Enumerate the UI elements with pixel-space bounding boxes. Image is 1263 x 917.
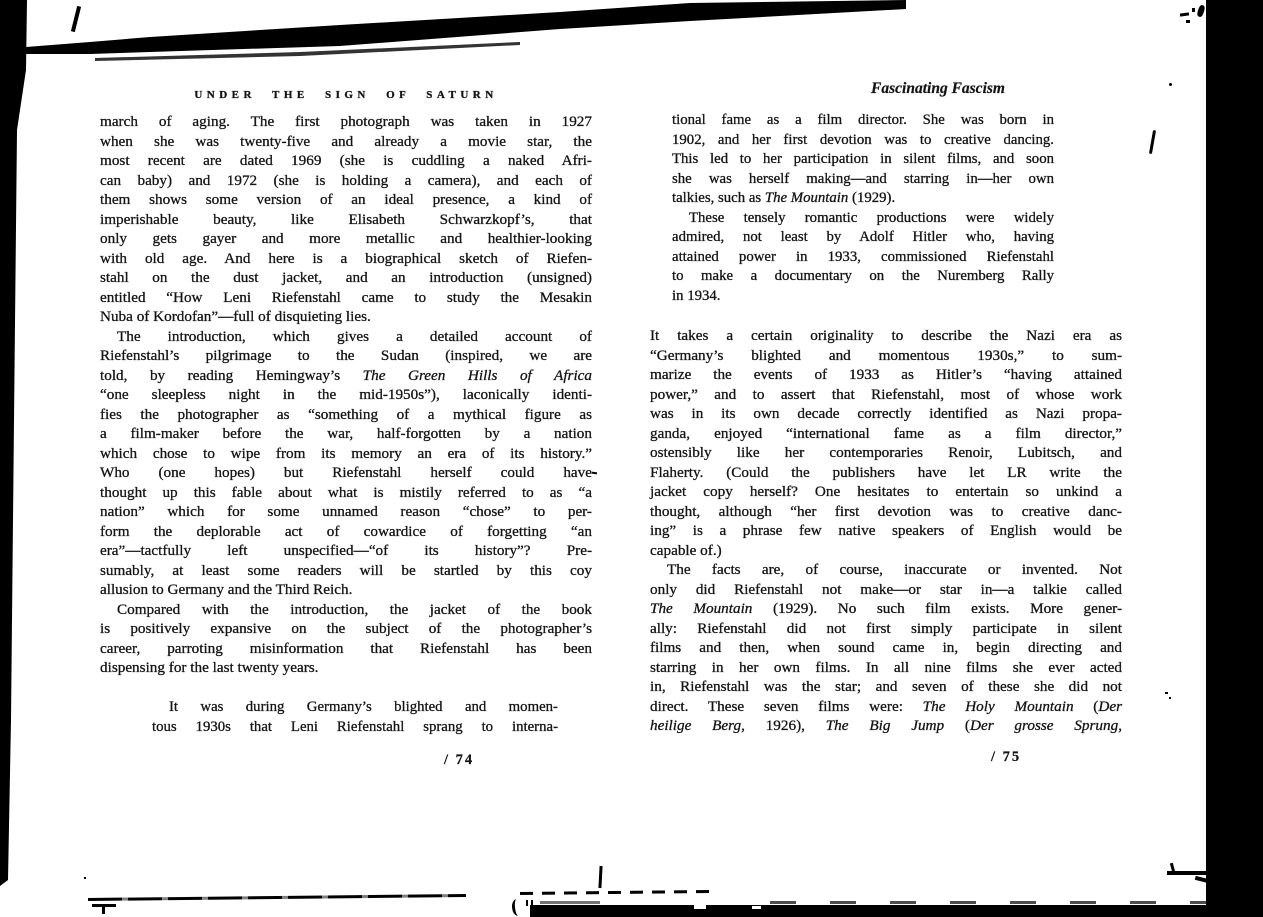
scan-bar-notch: [694, 905, 706, 909]
text-line: admired, not least by Adolf Hitler who, …: [672, 228, 1054, 248]
text-line: form the deplorable act of cowardice of …: [100, 522, 592, 542]
text-line: The Mountain (1929). No such film exists…: [650, 599, 1122, 619]
text-line: direct. These seven films were: The Holy…: [650, 697, 1122, 717]
text-line: in 1934.: [672, 287, 1054, 307]
scan-speck: [1169, 697, 1171, 699]
text-line: thought, although “her first devotion wa…: [650, 502, 1122, 522]
text-line: only gets gayer and more metallic and he…: [100, 229, 592, 249]
text-line: in, Riefenstahl was the star; and seven …: [650, 677, 1122, 697]
text-line: marize the events of 1933 as Hitler’s “h…: [650, 365, 1122, 385]
text-line: sumably, at least some readers will be s…: [100, 561, 592, 581]
text-line: “Germany’s blighted and momentous 1930s,…: [650, 346, 1122, 366]
text-line: entitled “How Leni Riefenstahl came to s…: [100, 288, 592, 308]
text-line: starring in her own films. In all nine f…: [650, 658, 1122, 678]
text-line: era”—tactfully left unspecified—“of its …: [100, 541, 592, 561]
scan-tick-mark: [598, 866, 602, 888]
scan-paren-mark: [511, 899, 522, 917]
text-line: fies the photographer as “something of a…: [100, 405, 592, 425]
scan-speck: [1165, 692, 1168, 694]
scan-speck: [1192, 8, 1195, 12]
scan-speck: [1186, 20, 1190, 23]
scanned-book-spread: UNDER THE SIGN OF SATURN march of aging.…: [0, 0, 1263, 917]
text-line: tional fame as a film director. She was …: [672, 111, 1054, 131]
text-line: ganda, enjoyed “international fame as a …: [650, 424, 1122, 444]
text-line: ostensibly like her contemporaries Renoi…: [650, 443, 1122, 463]
right-page-block-quote: tional fame as a film director. She was …: [672, 111, 1054, 306]
text-line: This led to her participation in silent …: [672, 150, 1054, 170]
text-line: was in its own decade correctly identifi…: [650, 404, 1122, 424]
text-line: talkies, such as The Mountain (1929).: [672, 189, 1054, 209]
text-line: power,” and to assert that Riefenstahl, …: [650, 385, 1122, 405]
text-line: most recent are dated 1969 (she is cuddl…: [100, 151, 592, 171]
text-line: march of aging. The first photograph was…: [100, 112, 592, 132]
text-line: Riefenstahl’s pilgrimage to the Sudan (i…: [100, 346, 592, 366]
page-number-right: / 75: [991, 749, 1021, 766]
text-line: It takes a certain originality to descri…: [650, 326, 1122, 346]
text-line: It was during Germany’s blighted and mom…: [152, 698, 558, 718]
text-line: Nuba of Kordofan”—full of disquieting li…: [100, 307, 592, 327]
scan-bar-bottom: [530, 905, 1212, 917]
text-line: imperishable beauty, like Elisabeth Schw…: [100, 210, 592, 230]
text-line: with old age. And here is a biographical…: [100, 249, 592, 269]
text-line: them shows some version of an ideal pres…: [100, 190, 592, 210]
right-page-body: It takes a certain originality to descri…: [650, 326, 1122, 736]
scan-speck: [1169, 83, 1172, 86]
text-line: can baby) and 1972 (she is holding a cam…: [100, 171, 592, 191]
scan-speck: [526, 900, 528, 906]
text-line: “one sleepless night in the mid-1950s”),…: [100, 385, 592, 405]
text-line: allusion to Germany and the Third Reich.: [100, 580, 592, 600]
scan-band-left: [0, 0, 32, 917]
text-line: The facts are, of course, inaccurate or …: [650, 560, 1122, 580]
text-line: 1902, and her first devotion was to crea…: [672, 131, 1054, 151]
text-line: tous 1930s that Leni Riefenstahl sprang …: [152, 718, 558, 738]
text-line: to make a documentary on the Nuremberg R…: [672, 267, 1054, 287]
text-line: Flaherty. (Could the publishers have let…: [650, 463, 1122, 483]
text-line: heilige Berg, 1926), The Big Jump (Der g…: [650, 716, 1122, 736]
running-head-right: Fascinating Fascism: [788, 80, 1088, 98]
scan-t-mark-stem: [102, 904, 105, 914]
scan-speck: [592, 472, 597, 475]
page-number-left: / 74: [444, 752, 474, 769]
text-line: told, by reading Hemingway’s The Green H…: [100, 366, 592, 386]
text-line: stahl on the dust jacket, and an introdu…: [100, 268, 592, 288]
left-page-body: march of aging. The first photograph was…: [100, 112, 592, 678]
text-line: dispensing for the last twenty years.: [100, 658, 592, 678]
scan-streak-top: [0, 0, 1263, 70]
text-line: only did Riefenstahl not make—or star in…: [650, 580, 1122, 600]
text-line: capable of.): [650, 541, 1122, 561]
text-line: The introduction, which gives a detailed…: [100, 327, 592, 347]
scan-band-right: [1206, 0, 1263, 917]
scan-grey-dashes: [770, 901, 1210, 904]
scan-speck: [84, 877, 86, 879]
left-page-block-quote: It was during Germany’s blighted and mom…: [152, 698, 558, 737]
scan-slash-mark: [1149, 130, 1156, 154]
text-line: is positively expansive on the subject o…: [100, 619, 592, 639]
text-line: Who (one hopes) but Riefenstahl herself …: [100, 463, 592, 483]
text-line: which chose to wipe from its memory an e…: [100, 444, 592, 464]
text-line: jacket copy herself? One hesitates to en…: [650, 482, 1122, 502]
text-line: when she was twenty-five and already a m…: [100, 132, 592, 152]
text-line: thought up this fable about what is mist…: [100, 483, 592, 503]
text-line: career, parroting misinformation that Ri…: [100, 639, 592, 659]
text-line: nation” which for some unnamed reason “c…: [100, 502, 592, 522]
scan-grey-dash: [540, 901, 600, 904]
text-line: These tensely romantic productions were …: [672, 209, 1054, 229]
scan-line-bottom: [88, 894, 466, 901]
text-line: attained power in 1933, commissioned Rie…: [672, 248, 1054, 268]
text-line: she was herself making—and starring in—h…: [672, 170, 1054, 190]
scan-bar-notch: [752, 906, 761, 909]
text-line: ally: Riefenstahl did not first simply p…: [650, 619, 1122, 639]
scan-speck: [531, 900, 533, 906]
scan-dashes-bottom: [520, 890, 710, 895]
running-head-left: UNDER THE SIGN OF SATURN: [100, 89, 592, 101]
text-line: films and then, when sound came in, begi…: [650, 638, 1122, 658]
text-line: ing” is a phrase few native speakers of …: [650, 521, 1122, 541]
text-line: Compared with the introduction, the jack…: [100, 600, 592, 620]
text-line: a film-maker before the war, half-forgot…: [100, 424, 592, 444]
